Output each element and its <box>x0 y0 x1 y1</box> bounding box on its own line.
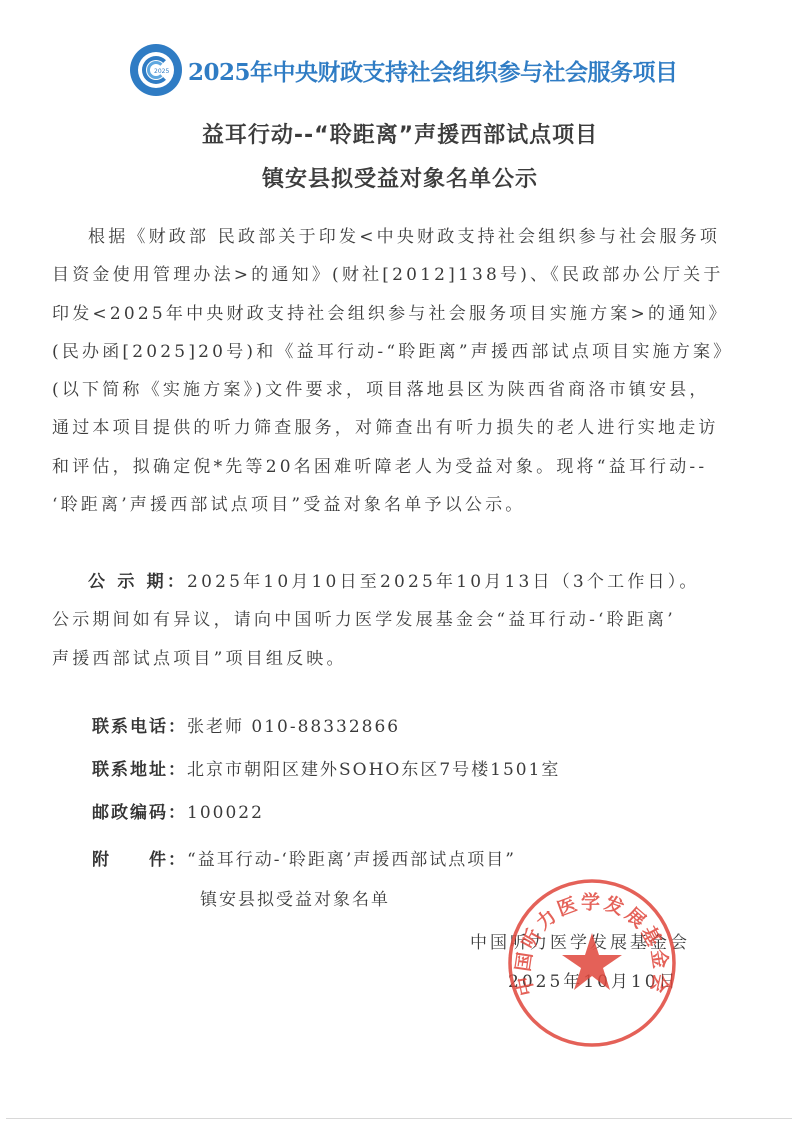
document-title-line-2: 镇安县拟受益对象名单公示 <box>0 162 800 193</box>
attachment-value: “益耳行动-‘聆距离’声援西部试点项目” <box>187 850 516 870</box>
logo-year: 2025 <box>154 68 169 75</box>
postcode-value: 100022 <box>187 803 264 823</box>
body-line: ‘聆距离’声援西部试点项目”受益对象名单予以公示。 <box>52 486 752 524</box>
publicity-period-label: 公 示 期： <box>88 572 187 592</box>
document-title-line-1: 益耳行动--“聆距离”声援西部试点项目 <box>0 118 800 149</box>
publicity-period-paragraph: 公 示 期：2025年10月10日至2025年10月13日（3个工作日）。 公示… <box>52 563 752 678</box>
contact-phone-row: 联系电话：张老师 010-88332866 <box>92 712 400 737</box>
objection-line: 声援西部试点项目”项目组反映。 <box>52 640 752 678</box>
postcode-label: 邮政编码： <box>92 803 187 823</box>
postcode-row: 邮政编码：100022 <box>92 798 264 823</box>
body-line: (以下简称《实施方案》)文件要求，项目落地县区为陕西省商洛市镇安县， <box>52 371 752 409</box>
program-logo-icon: 2025 <box>130 44 182 96</box>
body-line: 和评估，拟确定倪*先等20名困难听障老人为受益对象。现将“益耳行动-- <box>52 448 752 486</box>
page-header: 2025 2025年中央财政支持社会组织参与社会服务项目 <box>130 40 678 100</box>
attachment-row-continued: 镇安县拟受益对象名单 <box>200 885 390 910</box>
attachment-label: 附 件： <box>92 850 187 870</box>
page-bottom-rule <box>6 1118 792 1119</box>
contact-address-label: 联系地址： <box>92 760 187 780</box>
contact-address-value: 北京市朝阳区建外SOHO东区7号楼1501室 <box>187 760 560 780</box>
body-paragraph: 根据《财政部 民政部关于印发<中央财政支持社会组织参与社会服务项 目资金使用管理… <box>52 218 752 524</box>
contact-address-row: 联系地址：北京市朝阳区建外SOHO东区7号楼1501室 <box>92 755 560 780</box>
body-line: 根据《财政部 民政部关于印发<中央财政支持社会组织参与社会服务项 <box>52 218 752 256</box>
body-line: 通过本项目提供的听力筛查服务，对筛查出有听力损失的老人进行实地走访 <box>52 409 752 447</box>
contact-phone-label: 联系电话： <box>92 717 187 737</box>
body-line: (民办函[2025]20号)和《益耳行动-“聆距离”声援西部试点项目实施方案》 <box>52 333 752 371</box>
header-title: 2025年中央财政支持社会组织参与社会服务项目 <box>188 54 678 87</box>
publicity-period-value: 2025年10月10日至2025年10月13日（3个工作日）。 <box>187 572 700 592</box>
signature-date: 2025年10月10日 <box>508 967 679 992</box>
body-line: 印发<2025年中央财政支持社会组织参与社会服务项目实施方案>的通知》 <box>52 295 752 333</box>
contact-phone-value: 张老师 010-88332866 <box>187 717 400 737</box>
official-seal-icon: 中国听力医学发展基金会 <box>506 877 678 1049</box>
signature-organization: 中国听力医学发展基金会 <box>470 928 690 953</box>
body-line: 目资金使用管理办法>的通知》(财社[2012]138号)、《民政部办公厅关于 <box>52 256 752 294</box>
objection-line: 公示期间如有异议，请向中国听力医学发展基金会“益耳行动-‘聆距离’ <box>52 601 752 639</box>
attachment-row: 附 件：“益耳行动-‘聆距离’声援西部试点项目” <box>92 845 516 870</box>
publicity-period-line: 公 示 期：2025年10月10日至2025年10月13日（3个工作日）。 <box>52 563 752 601</box>
